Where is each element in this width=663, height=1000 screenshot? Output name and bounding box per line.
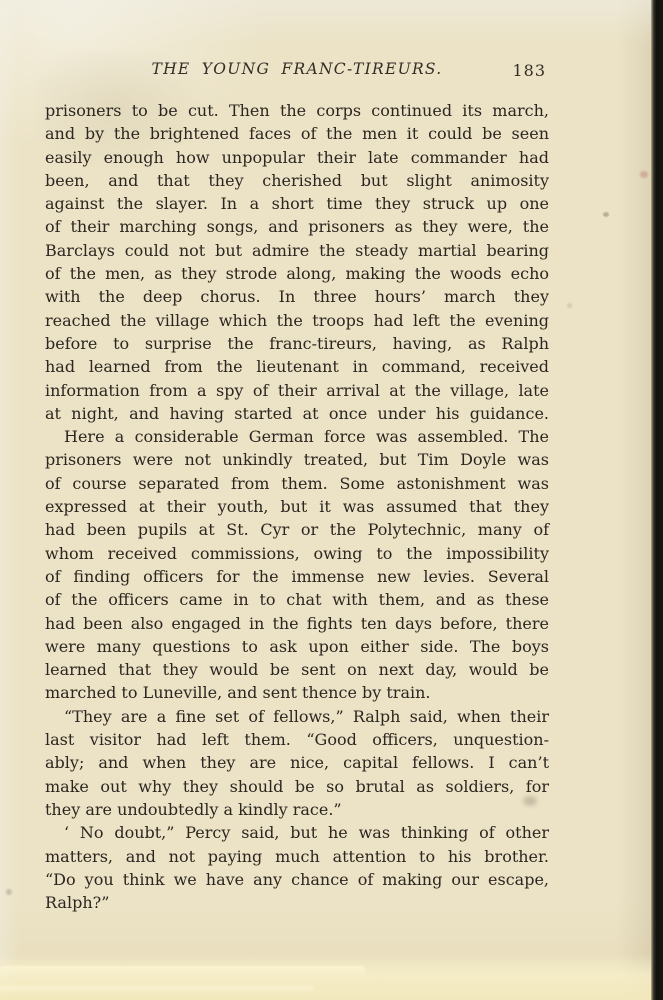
text-line: ably; and when they are nice, capital fe… xyxy=(45,751,549,774)
text-line: with the deep chorus. In three hours’ ma… xyxy=(45,285,549,308)
text-line: of course separated from them. Some asto… xyxy=(45,472,549,495)
body-text: prisoners to be cut. Then the corps cont… xyxy=(45,99,549,914)
text-line: last visitor had left them. “Good office… xyxy=(45,728,549,751)
text-line: of their marching songs, and prisoners a… xyxy=(45,215,549,238)
text-line: Barclays could not but admire the steady… xyxy=(45,239,549,262)
text-line: expressed at their youth, but it was ass… xyxy=(45,495,549,518)
text-line: of the men, as they strode along, making… xyxy=(45,262,549,285)
text-line: against the slayer. In a short time they… xyxy=(45,192,549,215)
text-line: “They are a fine set of fellows,” Ralph … xyxy=(45,705,549,728)
text-line: easily enough how unpopular their late c… xyxy=(45,146,549,169)
text-line: prisoners to be cut. Then the corps cont… xyxy=(45,99,549,122)
text-line: been, and that they cherished but slight… xyxy=(45,169,549,192)
text-line: of the officers came in to chat with the… xyxy=(45,588,549,611)
page-bottom-edge xyxy=(0,954,652,1000)
text-line: before to surprise the franc-tireurs, ha… xyxy=(45,332,549,355)
text-line: marched to Luneville, and sent thence by… xyxy=(45,681,549,704)
text-line: “Do you think we have any chance of maki… xyxy=(45,868,549,891)
text-line: reached the village which the troops had… xyxy=(45,309,549,332)
text-line: prisoners were not unkindly treated, but… xyxy=(45,448,549,471)
text-line: whom received commissions, owing to the … xyxy=(45,542,549,565)
text-line: of finding officers for the immense new … xyxy=(45,565,549,588)
text-line: they are undoubtedly a kindly race.” xyxy=(45,798,549,821)
text-line: had been also engaged in the fights ten … xyxy=(45,612,549,635)
text-line: had learned from the lieutenant in comma… xyxy=(45,355,549,378)
book-page-scan: THE YOUNG FRANC-TIREURS. 183 prisoners t… xyxy=(0,0,663,1000)
text-line: matters, and not paying much attention t… xyxy=(45,845,549,868)
running-title: THE YOUNG FRANC-TIREURS. xyxy=(45,60,549,78)
text-line: at night, and having started at once und… xyxy=(45,402,549,425)
text-line: and by the brightened faces of the men i… xyxy=(45,122,549,145)
text-line: make out why they should be so brutal as… xyxy=(45,775,549,798)
text-line: learned that they would be sent on next … xyxy=(45,658,549,681)
text-line: ‘ No doubt,” Percy said, but he was thin… xyxy=(45,821,549,844)
page-number: 183 xyxy=(512,61,546,80)
text-line: were many questions to ask upon either s… xyxy=(45,635,549,658)
text-line: Ralph?” xyxy=(45,891,549,914)
text-line: Here a considerable German force was ass… xyxy=(45,425,549,448)
page-header: THE YOUNG FRANC-TIREURS. 183 xyxy=(45,60,549,84)
text-line: information from a spy of their arrival … xyxy=(45,379,549,402)
scan-right-edge xyxy=(651,0,663,1000)
text-line: had been pupils at St. Cyr or the Polyte… xyxy=(45,518,549,541)
